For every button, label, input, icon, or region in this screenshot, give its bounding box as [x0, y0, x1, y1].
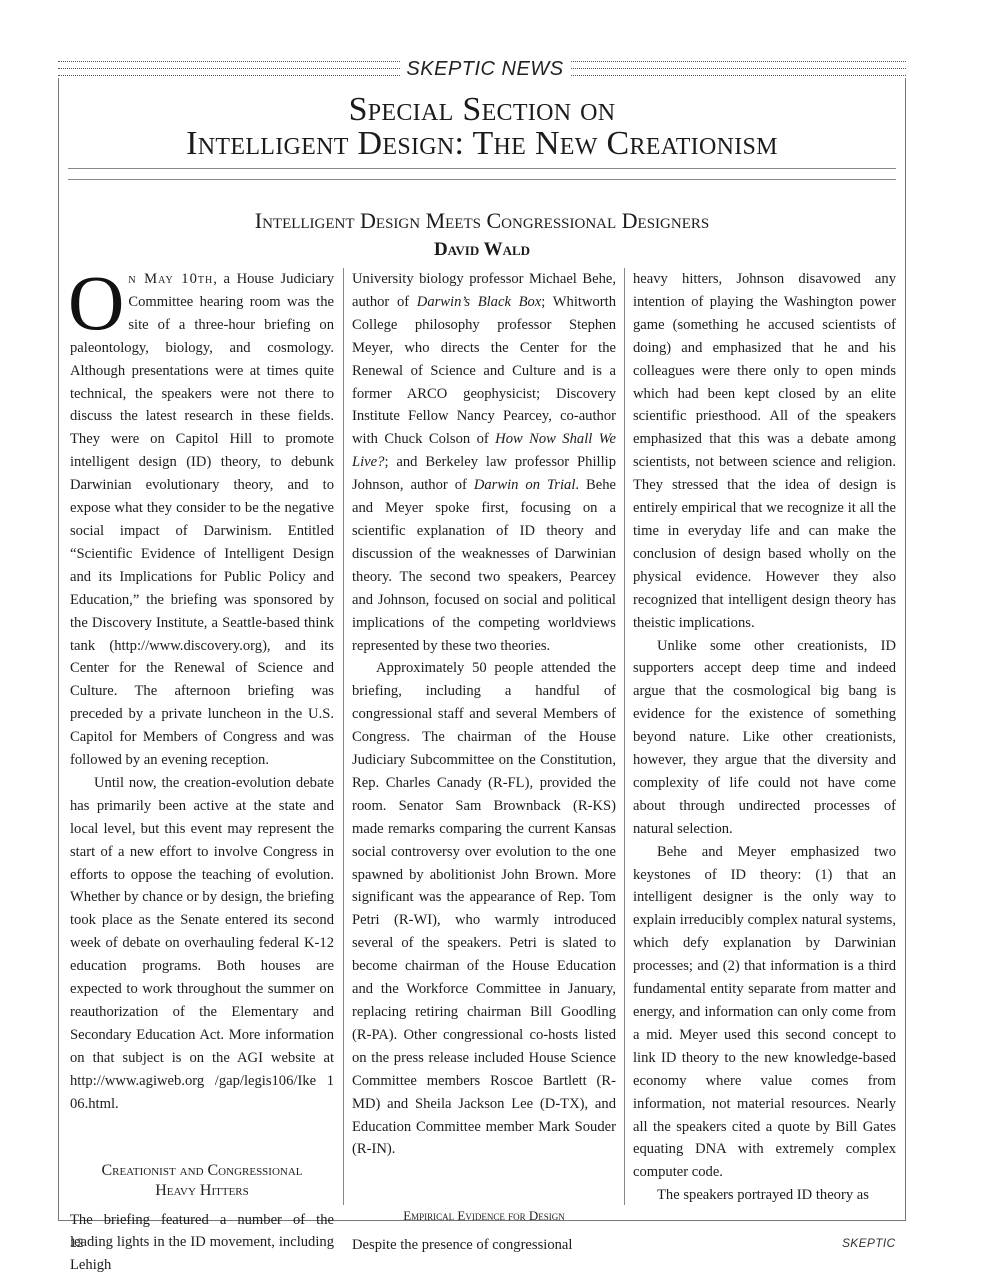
- article-column-1: On May 10th, a House Judiciary Committee…: [70, 268, 334, 1277]
- lead-in-caps: n May 10th: [128, 271, 213, 287]
- paragraph: heavy hitters, Johnson disavowed any int…: [633, 268, 896, 635]
- subhead-empirical-evidence: Empirical Evidence for Design: [352, 1206, 616, 1226]
- book-title: Darwin’s Black Box: [417, 294, 542, 310]
- article-column-2: University biology professor Michael Beh…: [352, 268, 616, 1257]
- subhead-line-2: Heavy Hitters: [70, 1181, 334, 1201]
- paragraph: University biology professor Michael Beh…: [352, 268, 616, 657]
- paragraph: Until now, the creation-evolution debate…: [70, 772, 334, 1116]
- paragraph-text: . Behe and Meyer spoke first, focusing o…: [352, 477, 616, 653]
- paragraph: Approximately 50 people attended the bri…: [352, 657, 616, 1161]
- subhead-heavy-hitters: Creationist and Congressional Heavy Hitt…: [70, 1161, 334, 1201]
- paragraph: Behe and Meyer emphasized two keystones …: [633, 841, 896, 1185]
- paragraph: Unlike some other creationists, ID suppo…: [633, 635, 896, 841]
- column-divider-2: [624, 268, 625, 1205]
- magazine-name: SKEPTIC: [842, 1236, 895, 1250]
- paragraph-text: ; Whitworth College philosophy professor…: [352, 294, 616, 447]
- paragraph: The speakers portrayed ID theory as: [633, 1184, 896, 1207]
- article-byline: David Wald: [58, 238, 906, 262]
- article-title: Intelligent Design Meets Congressional D…: [58, 208, 906, 234]
- paragraph-text: , a House Judiciary Committee hearing ro…: [70, 271, 334, 768]
- paragraph: The briefing featured a number of the le…: [70, 1209, 334, 1278]
- paragraph: Despite the presence of congressional: [352, 1234, 616, 1257]
- special-section-title: Special Section on Intelligent Design: T…: [58, 93, 906, 161]
- column-divider-1: [343, 268, 344, 1205]
- subhead-line-1: Creationist and Congressional: [70, 1161, 334, 1181]
- title-rule-bottom: [68, 179, 896, 180]
- article-column-3: heavy hitters, Johnson disavowed any int…: [633, 268, 896, 1207]
- paragraph-lead: On May 10th, a House Judiciary Committee…: [70, 268, 334, 772]
- page-number: 12: [70, 1236, 83, 1250]
- drop-cap: O: [68, 272, 124, 334]
- section-title-line-2: Intelligent Design: The New Creationism: [58, 127, 906, 161]
- book-title: Darwin on Trial: [474, 477, 576, 493]
- section-title-line-1: Special Section on: [58, 93, 906, 127]
- title-rule-top: [68, 168, 896, 169]
